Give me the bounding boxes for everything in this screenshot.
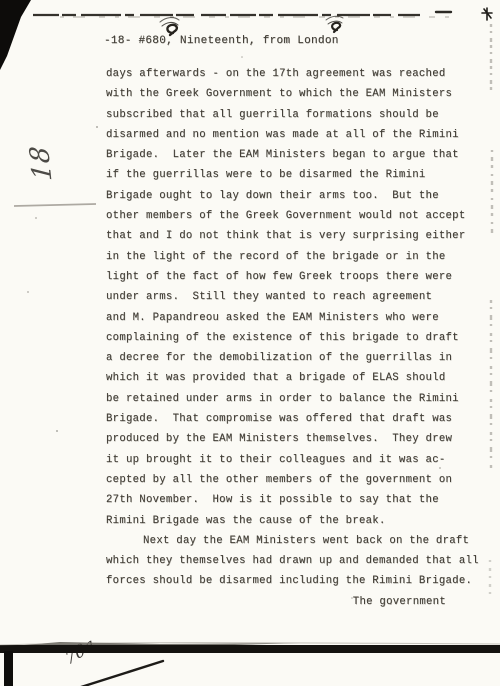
typed-line: 27th November. How is it possible to say… bbox=[106, 490, 472, 510]
typed-line: light of the fact of how few Greek troop… bbox=[106, 267, 472, 287]
typed-line: if the guerrillas were to be disarmed th… bbox=[106, 165, 472, 185]
handwritten-diagonal-stroke bbox=[78, 661, 163, 686]
bottom-scan-band-smudge bbox=[0, 642, 300, 652]
left-margin-rule-line bbox=[14, 204, 96, 206]
typed-line: be retained under arms in order to balan… bbox=[106, 389, 472, 409]
typed-line: in the light of the record of the brigad… bbox=[106, 247, 472, 267]
typed-line: Brigade. Later the EAM Ministers began t… bbox=[106, 145, 472, 165]
typed-line: Rimini Brigade was the cause of the brea… bbox=[106, 511, 472, 531]
typed-line: and M. Papandreou asked the EAM Minister… bbox=[106, 308, 472, 328]
corner-fold-artifact-edge bbox=[0, 0, 4, 66]
right-margin-bleed-marks bbox=[490, 24, 492, 600]
typed-line: with the Greek Government to which the E… bbox=[106, 84, 472, 104]
page-header: -18- #680, Nineteenth, from London bbox=[104, 35, 339, 47]
handwritten-page-number: 18 bbox=[25, 144, 59, 181]
scanned-document-page: -18- #680, Nineteenth, from London days … bbox=[0, 0, 500, 686]
typed-line: complaining of the existence of this bri… bbox=[106, 328, 472, 348]
typed-line: produced by the EAM Ministers themselves… bbox=[106, 429, 472, 449]
top-right-plus-mark bbox=[482, 8, 492, 20]
handwritten-bottom-mark: 70a bbox=[63, 634, 97, 670]
typed-line: Next day the EAM Ministers went back on … bbox=[106, 531, 472, 551]
fastener-mark-left bbox=[160, 18, 179, 35]
fastener-mark-right bbox=[326, 16, 343, 32]
typed-line: cepted by all the other members of the g… bbox=[106, 470, 472, 490]
typed-line: it up brought it to their colleagues and… bbox=[106, 450, 472, 470]
typed-line: which they themselves had drawn up and d… bbox=[106, 551, 472, 571]
typed-line: days afterwards - on the 17th agreement … bbox=[106, 64, 472, 84]
typed-line: under arms. Still they wanted to reach a… bbox=[106, 287, 472, 307]
typed-line: a decree for the demobilization of the g… bbox=[106, 348, 472, 368]
typed-line: disarmed and no mention was made at all … bbox=[106, 125, 472, 145]
typed-line: other members of the Greek Government wo… bbox=[106, 206, 472, 226]
typed-line: Brigade ought to lay down their arms too… bbox=[106, 186, 472, 206]
document-body: days afterwards - on the 17th agreement … bbox=[106, 64, 472, 612]
typed-line: Brigade. That compromise was offered tha… bbox=[106, 409, 472, 429]
typed-line: The government bbox=[106, 592, 472, 612]
typed-line: forces should be disarmed including the … bbox=[106, 571, 472, 591]
corner-fold-artifact bbox=[0, 0, 31, 70]
typed-line: which it was provided that a brigade of … bbox=[106, 368, 472, 388]
typed-line: that and I do not think that is very sur… bbox=[106, 226, 472, 246]
bottom-left-page-edge bbox=[4, 651, 13, 686]
typed-line: subscribed that all guerrilla formations… bbox=[106, 105, 472, 125]
